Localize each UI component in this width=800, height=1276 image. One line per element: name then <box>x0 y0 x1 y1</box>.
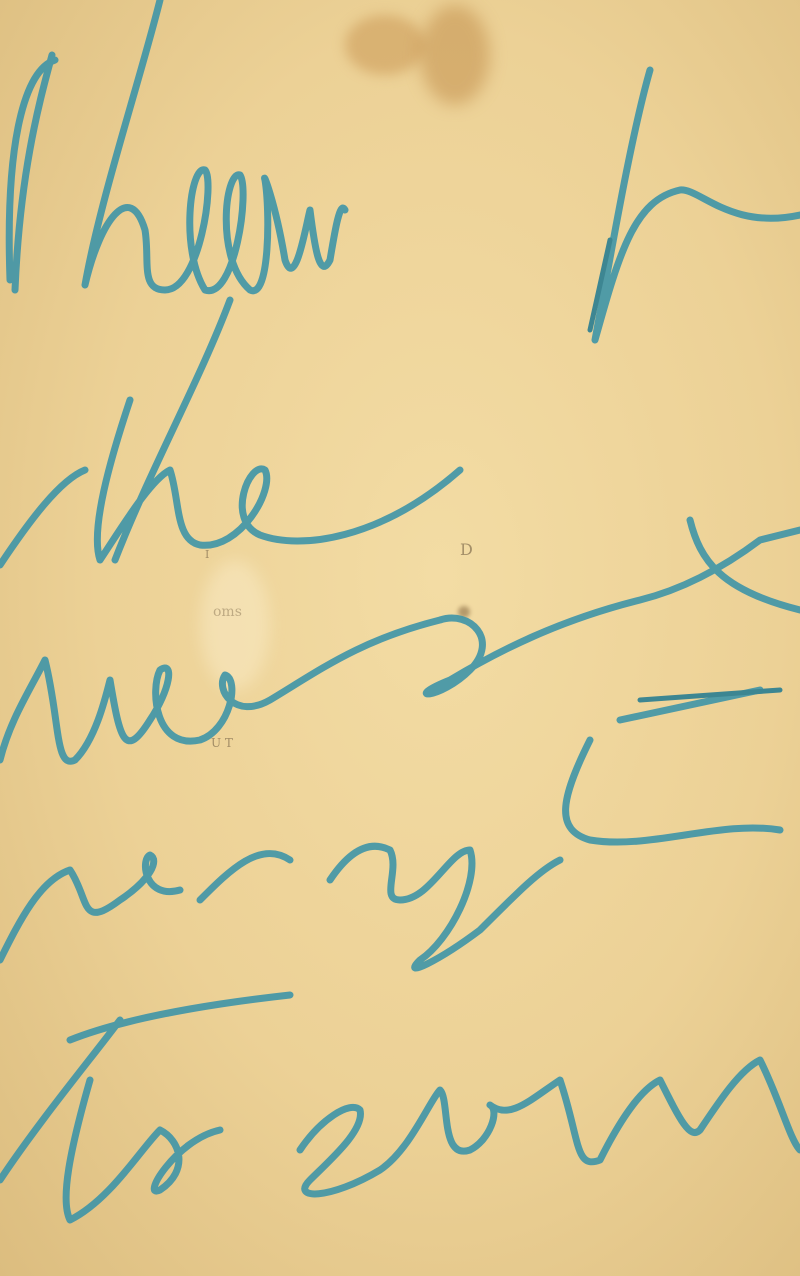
handwriting-crayon <box>0 0 800 1276</box>
crayon-dark-stroke <box>590 240 780 700</box>
word-to-come <box>0 995 800 1220</box>
word-cheer-up <box>9 0 800 340</box>
word-the <box>0 300 460 565</box>
word-is-yet <box>0 690 780 968</box>
aged-paper-page: I D oms U T Cheer up the worst is yet to… <box>0 0 800 1276</box>
